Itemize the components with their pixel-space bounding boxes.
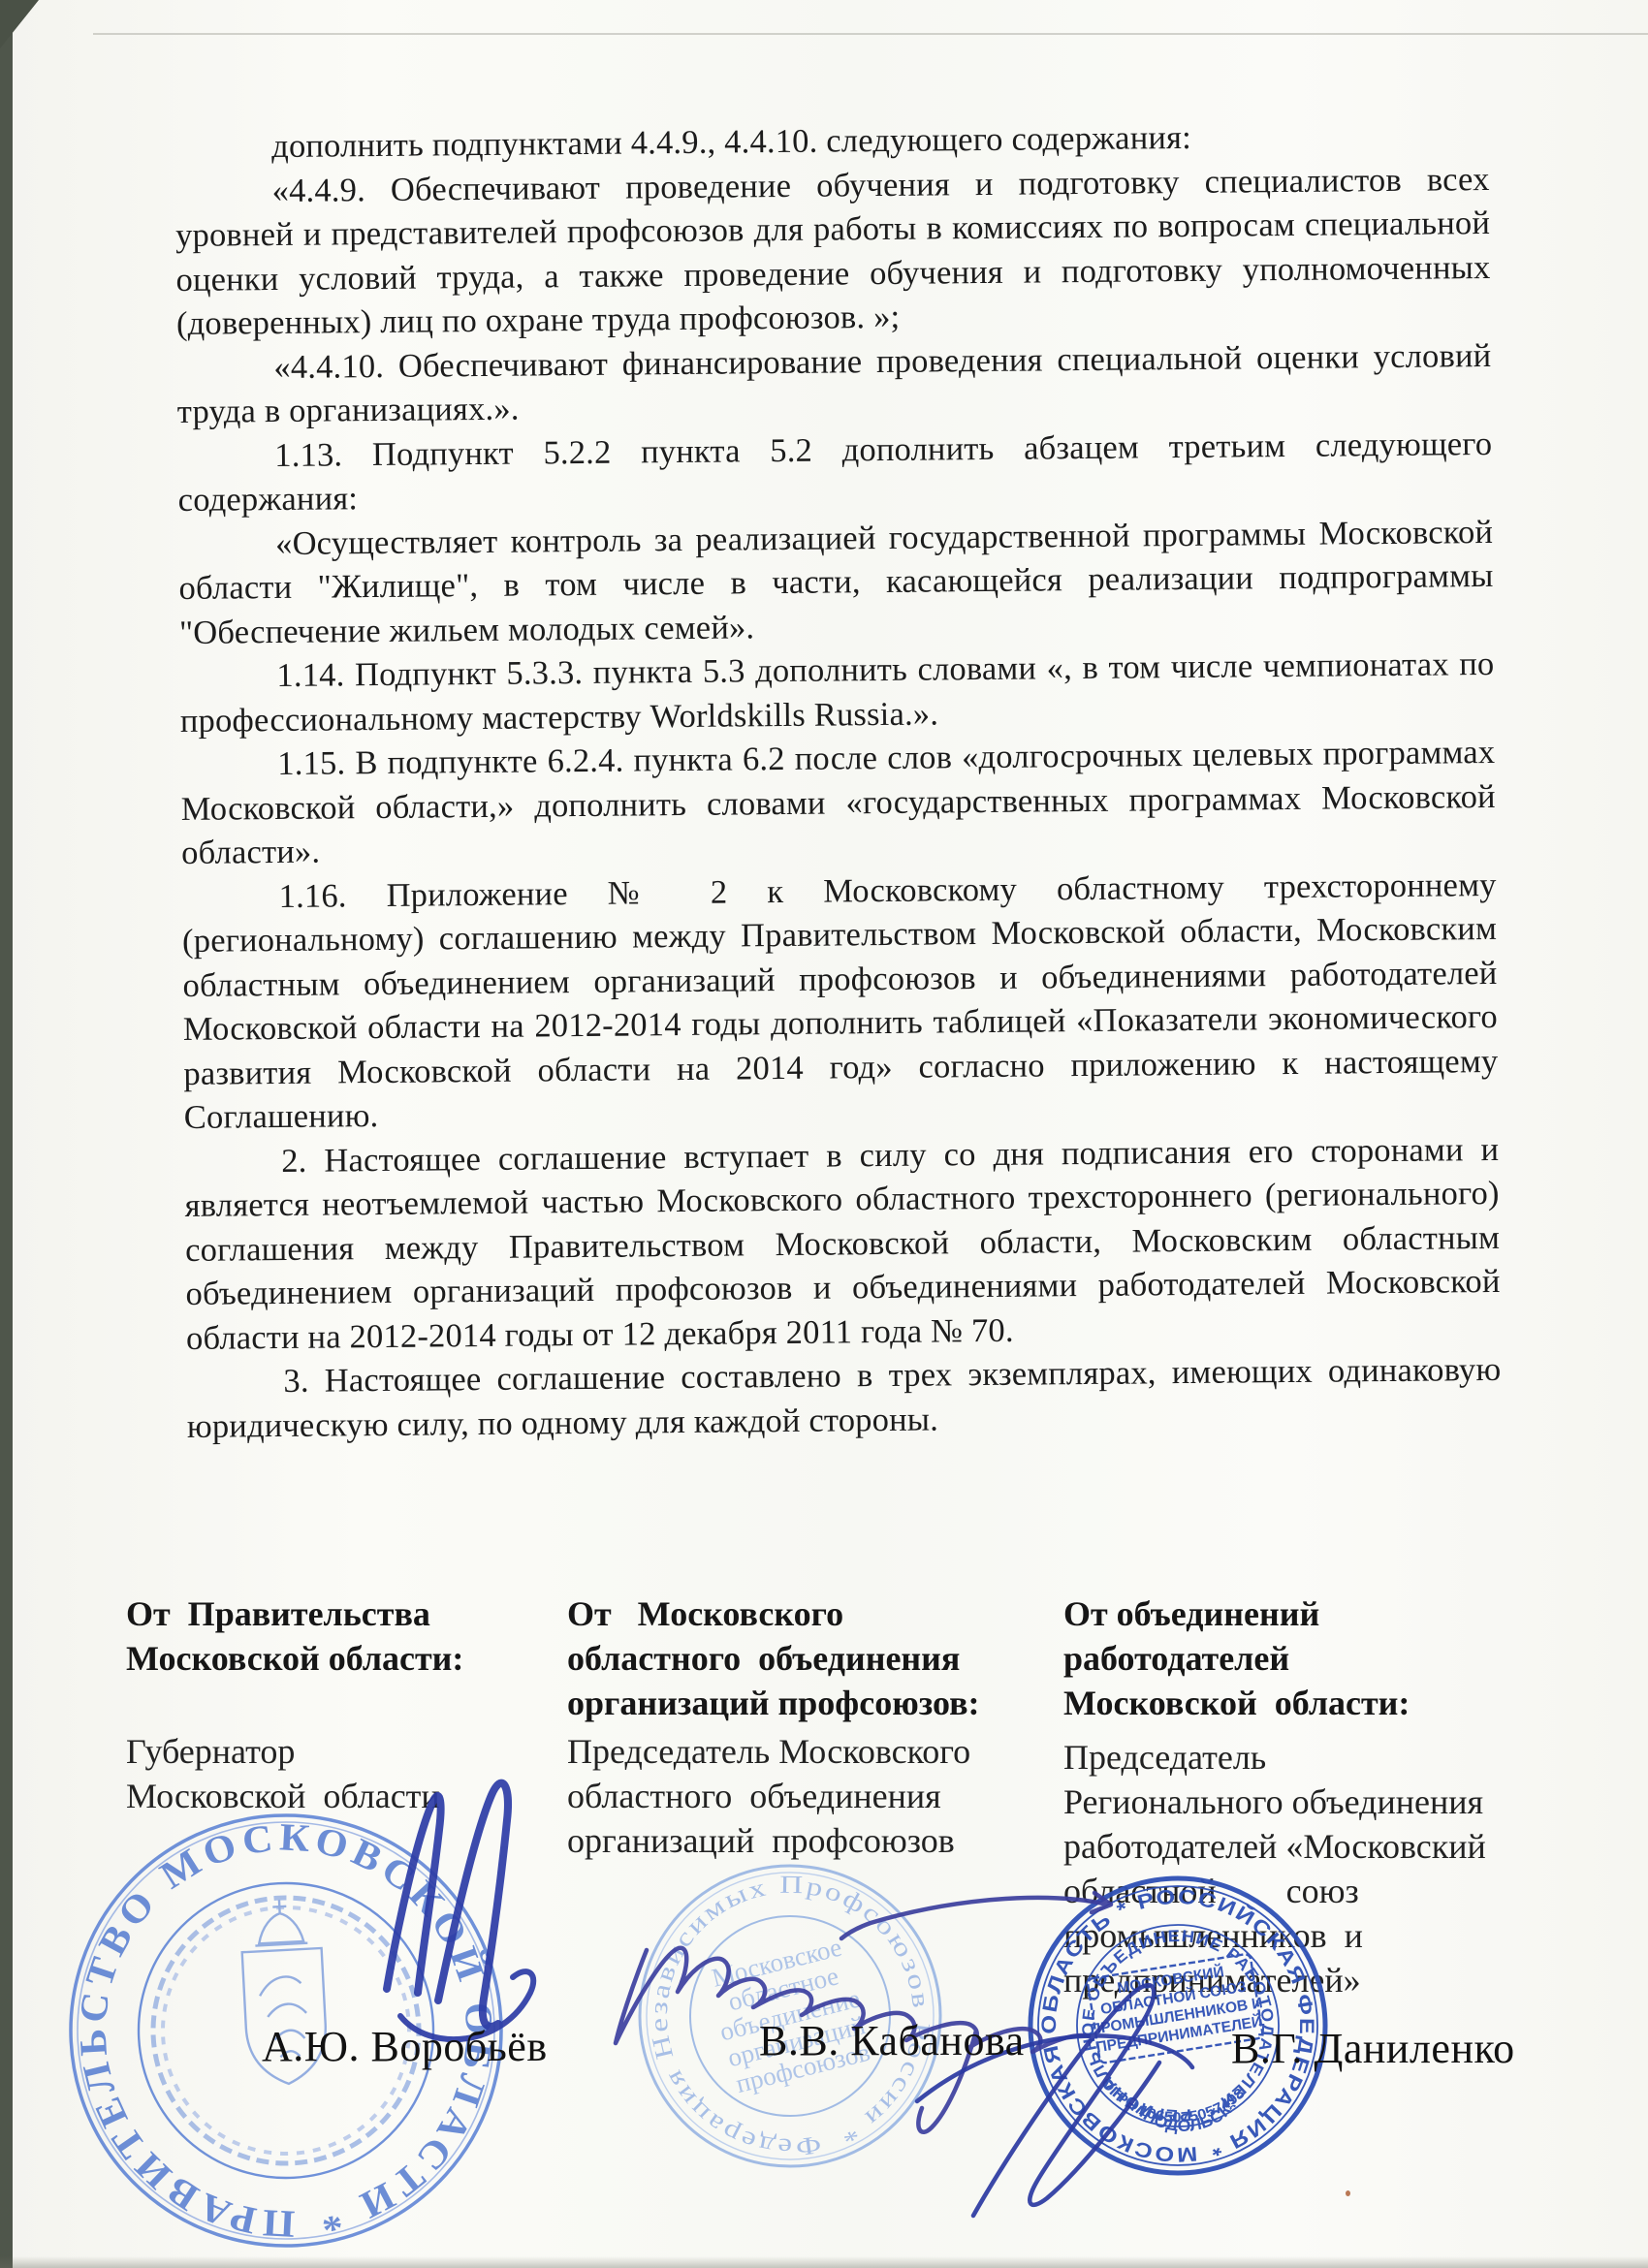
svg-text:г.ПОДОЛЬСК: г.ПОДОЛЬСК	[1130, 2087, 1238, 2144]
employers-stamp-ogrn-text: ОГРН 1065075057498	[1096, 2054, 1252, 2138]
role-line: предпринимателей»	[1063, 1958, 1505, 2002]
paragraph: 1.16. Приложение № 2 к Московскому облас…	[181, 863, 1499, 1140]
paragraph: 1.13. Подпункт 5.2.2 пункта 5.2 дополнит…	[177, 422, 1493, 522]
role-line: Губернатор	[126, 1729, 523, 1774]
role-line: областного объединения	[567, 1774, 1032, 1818]
employers-stamp-city-text: г.ПОДОЛЬСК	[1130, 2087, 1238, 2144]
document-body: дополнить подпунктами 4.4.9., 4.4.10. сл…	[174, 113, 1502, 1449]
signature-party-title: От объединений работодателей Московской …	[1063, 1591, 1505, 1725]
header-line: областного объединения	[567, 1636, 1032, 1681]
signature-column-employers: От объединений работодателей Московской …	[1063, 1591, 1505, 2002]
header-line: организаций профсоюзов:	[567, 1681, 1032, 1725]
role-line: работодателей «Московский	[1063, 1824, 1505, 1869]
signer-name: В.В. Кабанова	[759, 2016, 1025, 2065]
kabanova-signature	[616, 1893, 1111, 2132]
paper-speck	[1346, 2190, 1350, 2196]
paragraph: 1.15. В подпункте 6.2.4. пункта 6.2 посл…	[180, 731, 1496, 876]
paragraph: «4.4.9. Обеспечивают проведение обучения…	[174, 157, 1491, 346]
signature-party-title: От Московского областного объединения ор…	[567, 1591, 1032, 1725]
paragraph: 1.14. Подпункт 5.3.3. пункта 5.3 дополни…	[179, 643, 1495, 743]
paragraph: 2. Настоящее соглашение вступает в силу …	[184, 1127, 1501, 1361]
paragraph: 3. Настоящее соглашение составлено в тре…	[186, 1348, 1502, 1449]
svg-text:областное: областное	[725, 1961, 841, 2016]
role-line: организаций профсоюзов	[567, 1818, 1032, 1863]
signature-column-unions: От Московского областного объединения ор…	[567, 1591, 1032, 1863]
role-line: областной союз	[1063, 1869, 1505, 1913]
header-line: От Московского	[567, 1591, 1032, 1636]
role-line: Московской области	[126, 1774, 523, 1818]
signer-name: В.Г. Даниленко	[1231, 2024, 1515, 2073]
svg-text:ОГРН 1065075057498: ОГРН 1065075057498	[1096, 2054, 1252, 2138]
svg-text:Московское: Московское	[709, 1933, 844, 1993]
paragraph: «4.4.10. Обеспечивают финансирование про…	[176, 333, 1492, 434]
signer-name: А.Ю. Воробьёв	[262, 2022, 548, 2071]
paragraph: «Осуществляет контроль за реализацией го…	[178, 510, 1494, 655]
signer-role: Губернатор Московской области	[126, 1729, 523, 1818]
role-line: промышленников и	[1063, 1913, 1505, 1958]
header-line: От объединений	[1063, 1591, 1505, 1636]
scanned-document-page: дополнить подпунктами 4.4.9., 4.4.10. сл…	[0, 0, 1648, 2268]
header-line: работодателей	[1063, 1636, 1505, 1681]
header-line: От Правительства	[126, 1591, 523, 1636]
header-line: Московской области:	[126, 1636, 523, 1681]
role-line: Регионального объединения	[1063, 1780, 1505, 1824]
scan-corner-shadow	[0, 0, 39, 48]
signer-role: Председатель Регионального объединения р…	[1063, 1735, 1505, 2002]
signature-party-title: От Правительства Московской области:	[126, 1591, 523, 1681]
signer-role: Председатель Московского областного объе…	[567, 1729, 1032, 1863]
role-line: Председатель	[1063, 1735, 1505, 1780]
governor-signature	[387, 1783, 533, 2040]
role-line: Председатель Московского	[567, 1729, 1032, 1774]
scan-edge-bottom	[0, 2256, 1648, 2268]
scan-edge-left	[0, 0, 13, 2268]
header-line: Московской области:	[1063, 1681, 1505, 1725]
signature-column-government: От Правительства Московской области: Губ…	[126, 1591, 523, 1818]
scan-line-artifact	[93, 33, 1648, 35]
crest-crown-icon	[253, 1899, 307, 1946]
